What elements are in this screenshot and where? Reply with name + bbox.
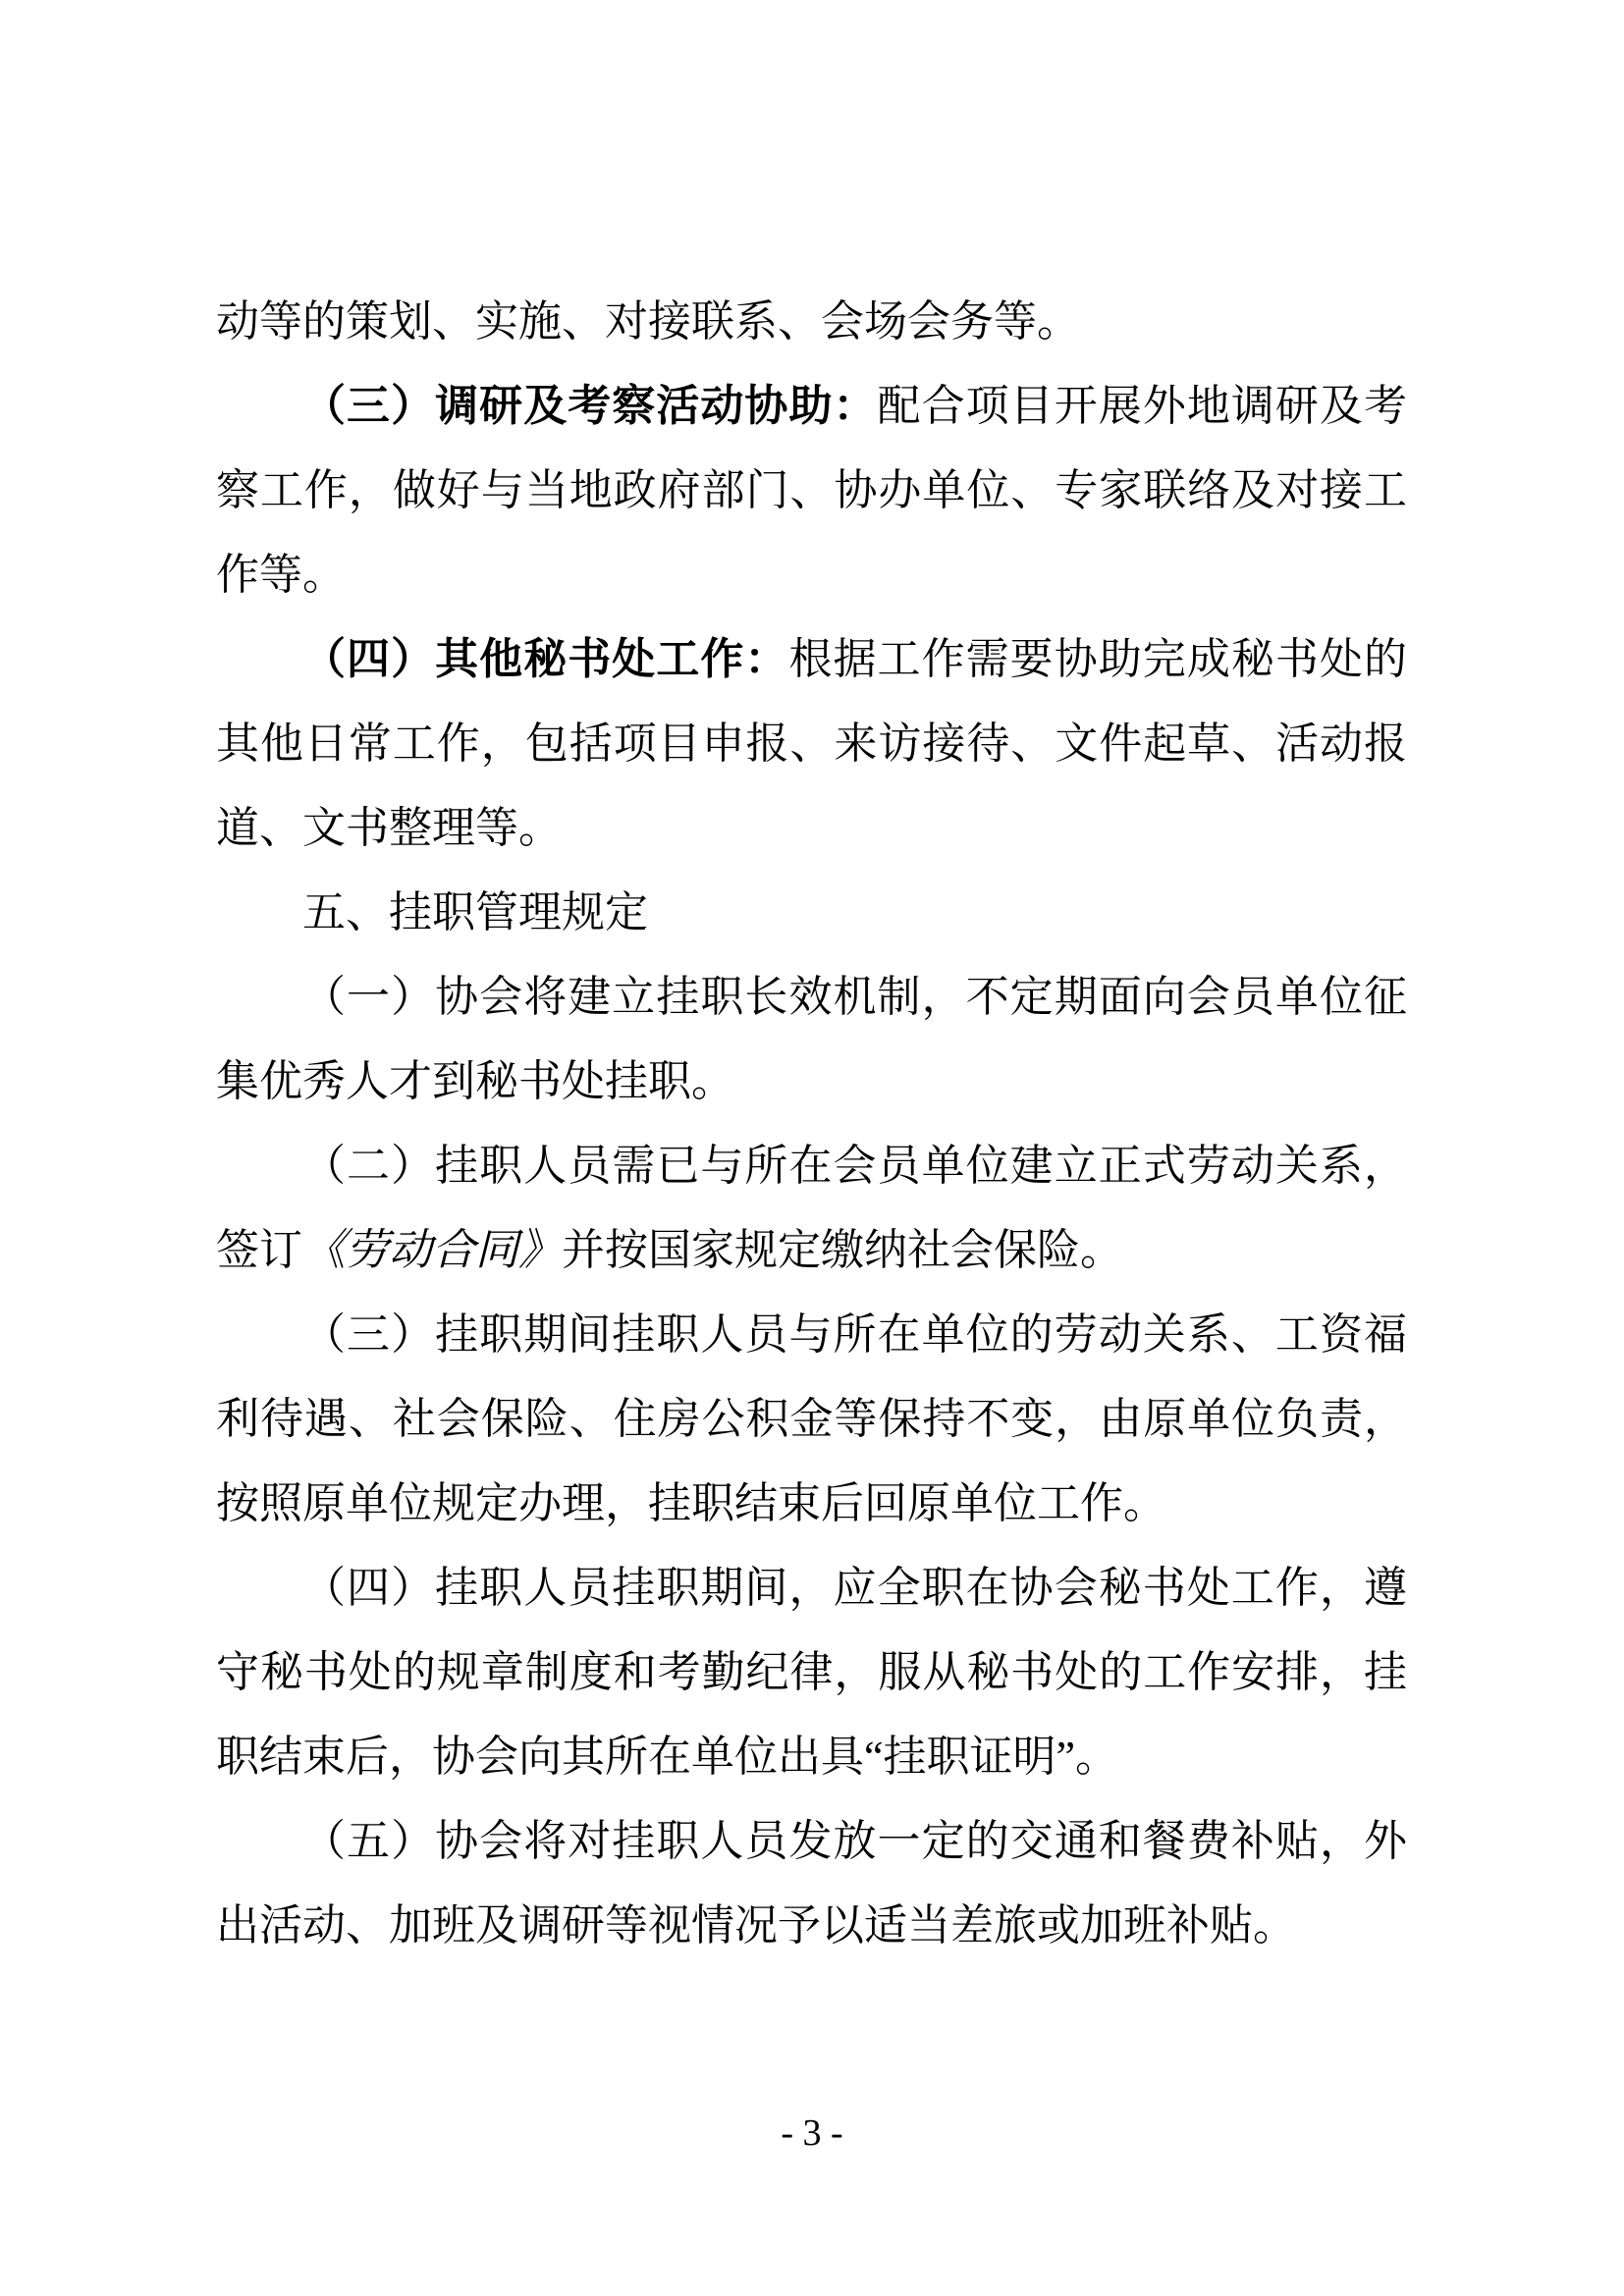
text-segment: （一）协会将建立挂职长效机制，不定期面向会员单位征集优秀人才到秘书处挂职。 <box>216 973 1407 1105</box>
text-segment: （三）调研及考察活动协助： <box>302 382 878 430</box>
text-segment: （四）其他秘书处工作： <box>302 635 788 683</box>
paragraph: （二）挂职人员需已与所在会员单位建立正式劳动关系，签订《劳动合同》并按国家规定缴… <box>216 1124 1407 1293</box>
paragraph: （一）协会将建立挂职长效机制，不定期面向会员单位征集优秀人才到秘书处挂职。 <box>216 955 1407 1124</box>
page-footer: - 3 - <box>0 2110 1624 2156</box>
text-segment: 五、挂职管理规定 <box>302 888 648 936</box>
text-segment: 《劳动合同》 <box>302 1226 562 1274</box>
document-body: 动等的策划、实施、对接联系、会场会务等。（三）调研及考察活动协助：配合项目开展外… <box>216 280 1407 1968</box>
text-segment: （五）协会将对挂职人员发放一定的交通和餐费补贴，外出活动、加班及调研等视情况予以… <box>216 1817 1407 1949</box>
paragraph: （四）挂职人员挂职期间，应全职在协会秘书处工作，遵守秘书处的规章制度和考勤纪律，… <box>216 1546 1407 1799</box>
paragraph: （三）挂职期间挂职人员与所在单位的劳动关系、工资福利待遇、社会保险、住房公积金等… <box>216 1293 1407 1546</box>
paragraph: 动等的策划、实施、对接联系、会场会务等。 <box>216 280 1407 364</box>
text-segment: 并按国家规定缴纳社会保险。 <box>562 1226 1123 1274</box>
text-segment: 动等的策划、实施、对接联系、会场会务等。 <box>216 297 1080 346</box>
page-number: - 3 - <box>781 2112 842 2154</box>
paragraph: （四）其他秘书处工作：根据工作需要协助完成秘书处的其他日常工作，包括项目申报、来… <box>216 617 1407 871</box>
paragraph: （三）调研及考察活动协助：配合项目开展外地调研及考察工作，做好与当地政府部门、协… <box>216 364 1407 617</box>
text-segment: （四）挂职人员挂职期间，应全职在协会秘书处工作，遵守秘书处的规章制度和考勤纪律，… <box>216 1564 1407 1781</box>
text-segment: （三）挂职期间挂职人员与所在单位的劳动关系、工资福利待遇、社会保险、住房公积金等… <box>216 1310 1407 1527</box>
paragraph: （五）协会将对挂职人员发放一定的交通和餐费补贴，外出活动、加班及调研等视情况予以… <box>216 1799 1407 1968</box>
document-page: 动等的策划、实施、对接联系、会场会务等。（三）调研及考察活动协助：配合项目开展外… <box>0 0 1624 2296</box>
section-heading: 五、挂职管理规定 <box>216 871 1407 955</box>
